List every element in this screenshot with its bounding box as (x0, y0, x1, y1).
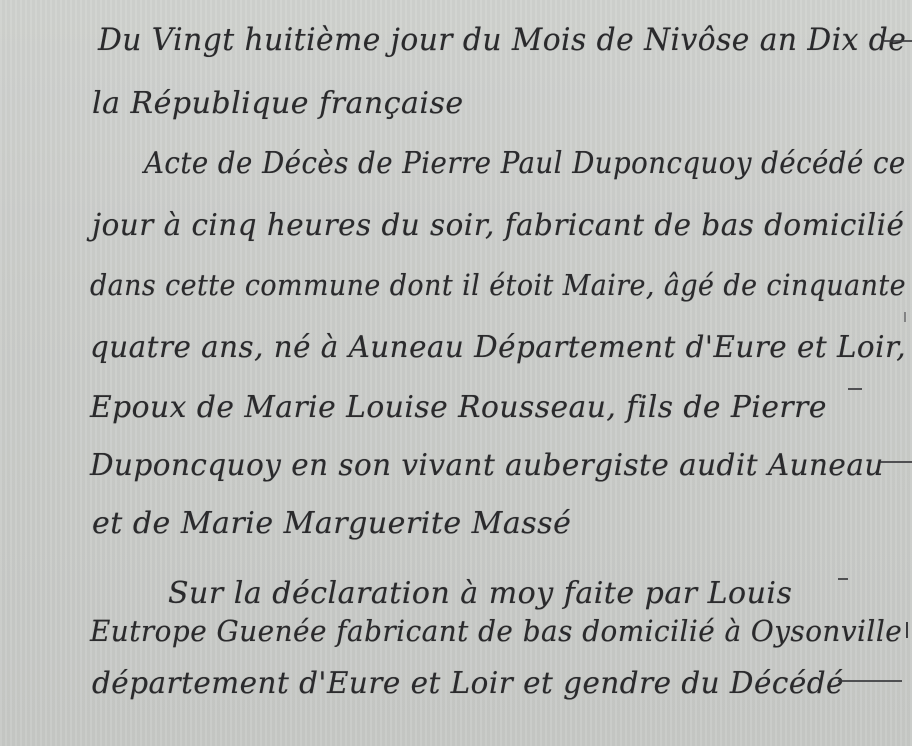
line-4-time-occupation: jour à cinq heures du soir, fabricant de… (92, 208, 904, 243)
flourish-4 (838, 578, 848, 580)
line-5-residence-age: dans cette commune dont il étoit Maire, … (90, 268, 906, 302)
line-3-act-title: Acte de Décès de Pierre Paul Duponcquoy … (144, 146, 906, 181)
flourish-3 (880, 461, 912, 463)
line-10-declaration: Sur la déclaration à moy faite par Louis (168, 576, 792, 611)
line-9-mother: et de Marie Marguerite Massé (92, 506, 571, 541)
flourish-1 (884, 40, 912, 42)
flourish-5 (838, 680, 902, 682)
line-8-father-occupation: Duponcquoy en son vivant aubergiste audi… (90, 448, 884, 483)
scanned-register-page: Du Vingt huitième jour du Mois de Nivôse… (0, 0, 912, 746)
line-7-spouse-father: Epoux de Marie Louise Rousseau, fils de … (90, 390, 827, 425)
line-6-birthplace: quatre ans, né à Auneau Département d'Eu… (90, 330, 906, 365)
right-margin-mark (906, 622, 908, 638)
line-12-declarant-relation: département d'Eure et Loir et gendre du … (92, 666, 844, 701)
line-1-date-header: Du Vingt huitième jour du Mois de Nivôse… (98, 22, 906, 58)
right-margin-mark-top (904, 312, 906, 322)
line-2-republic: la République française (92, 86, 464, 121)
line-11-declarant: Eutrope Guenée fabricant de bas domicili… (90, 614, 902, 648)
flourish-2 (848, 388, 862, 390)
